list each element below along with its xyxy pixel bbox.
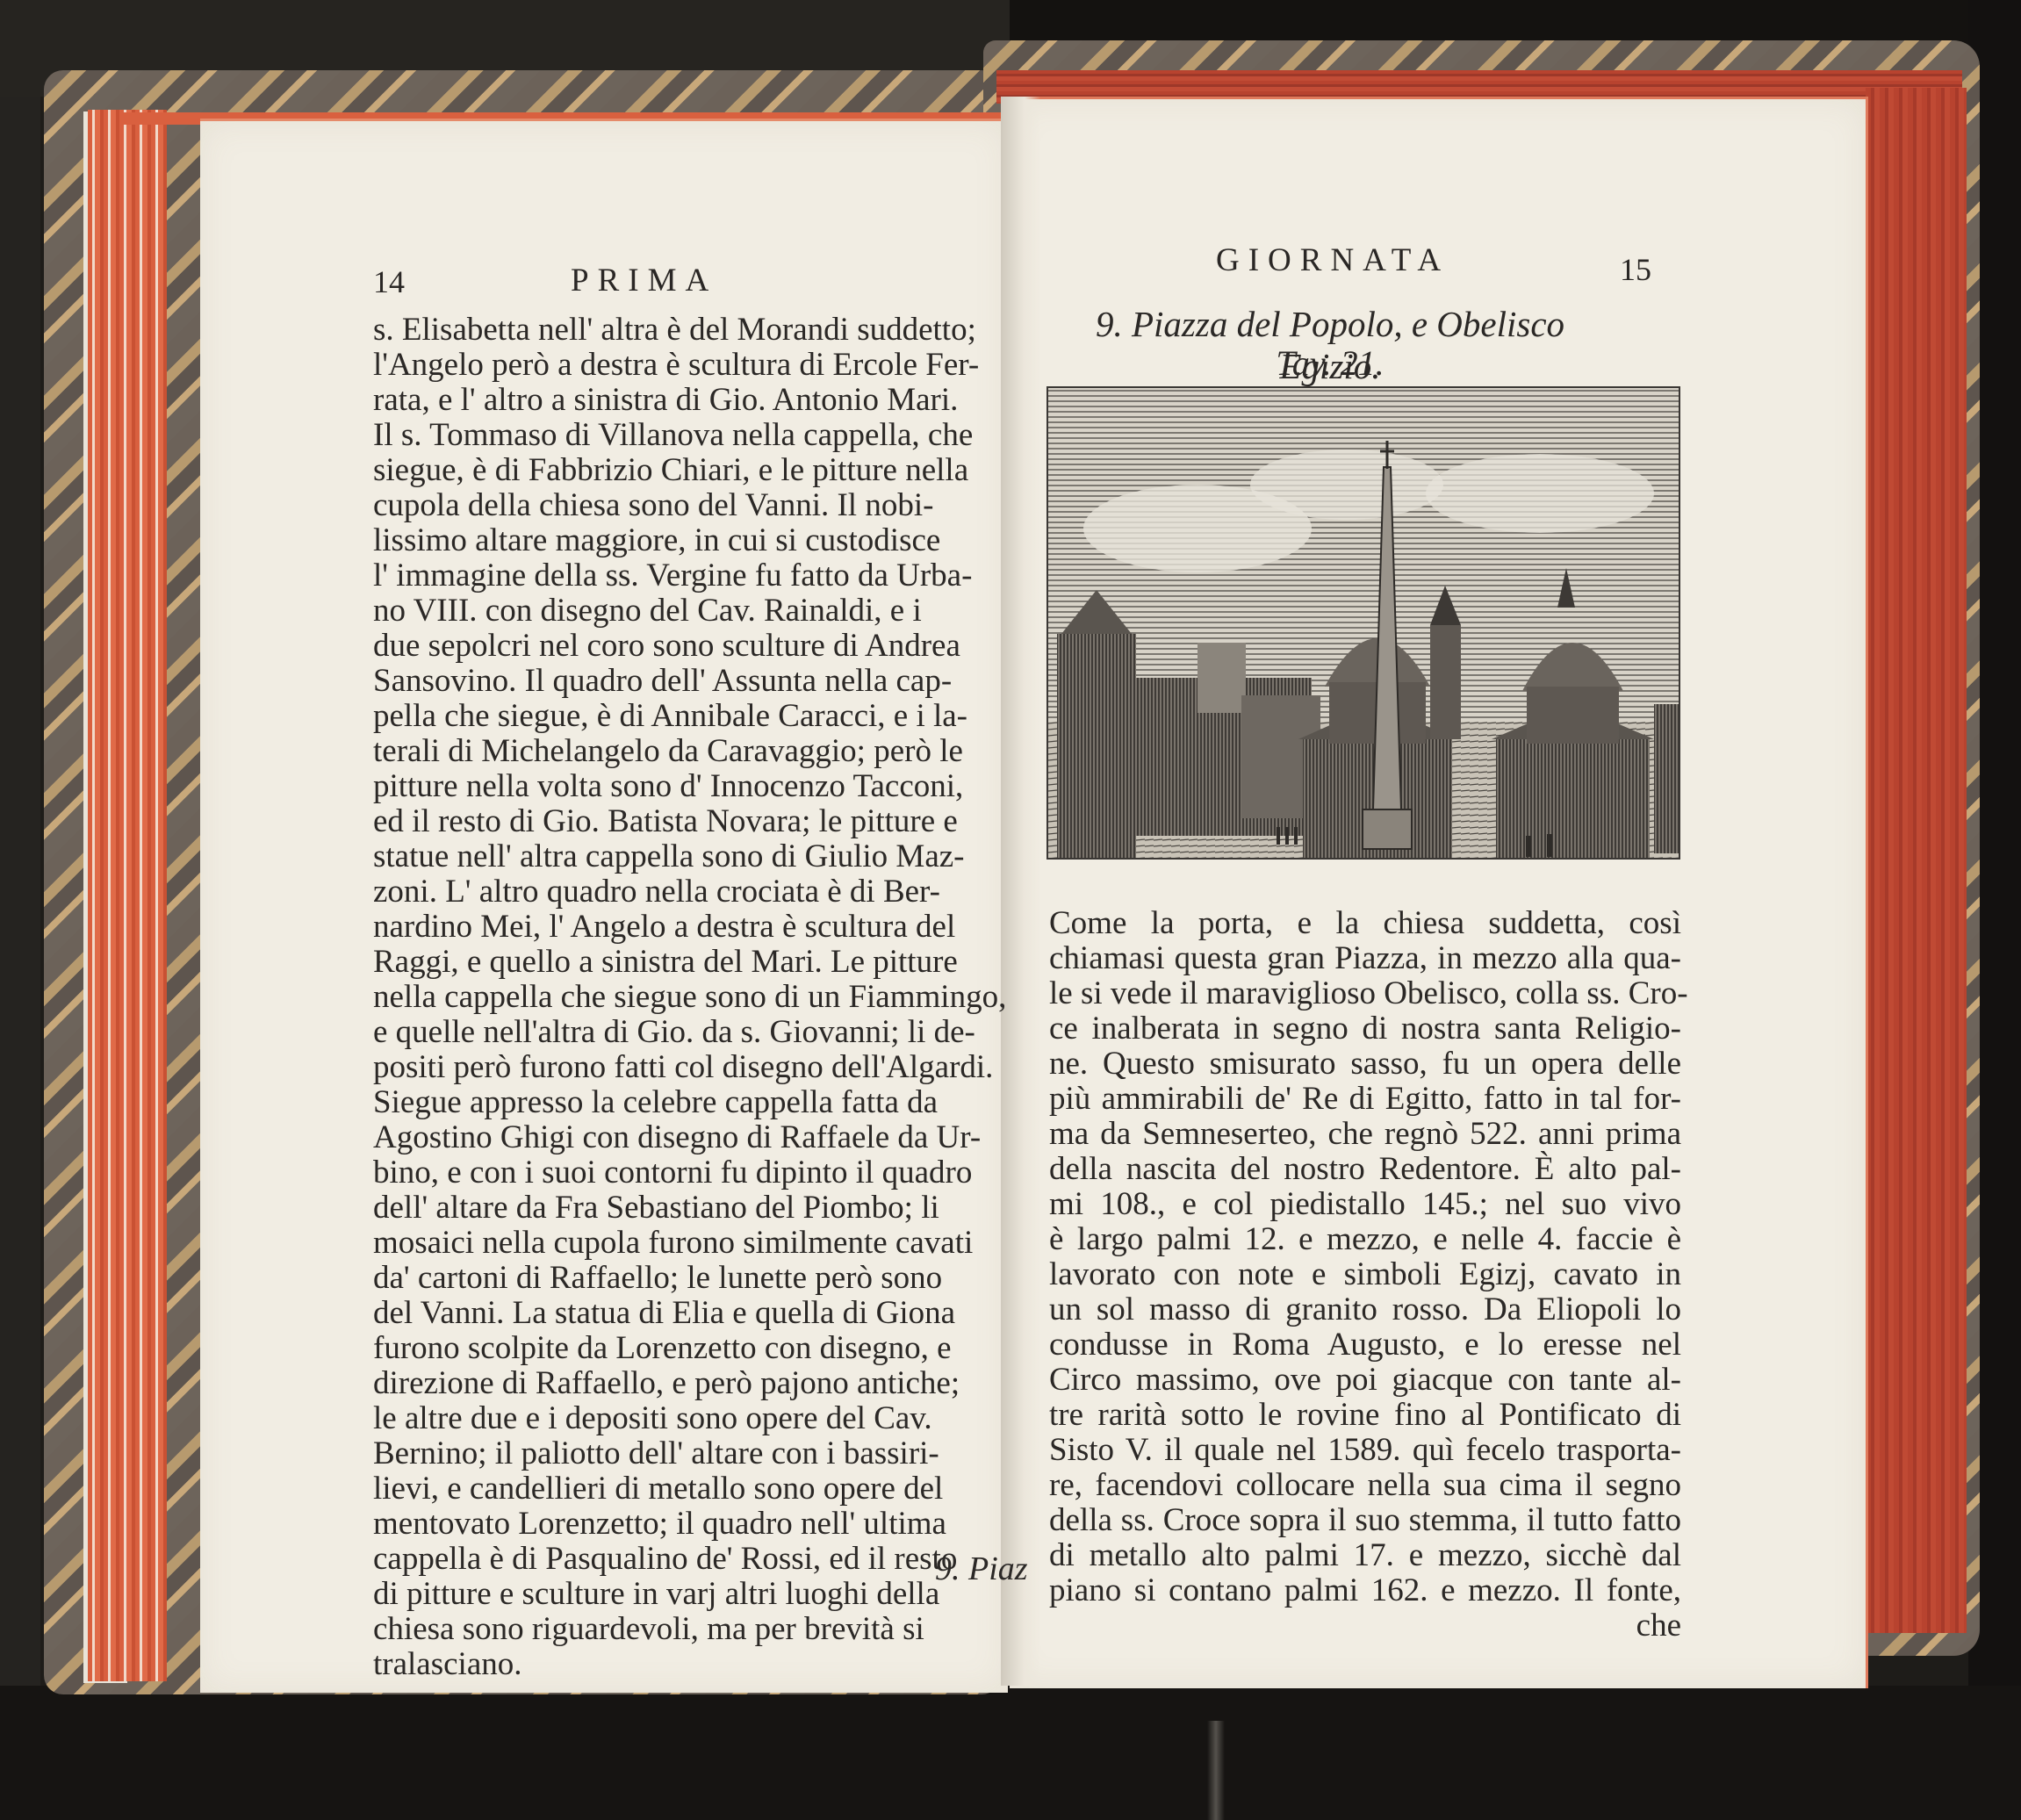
- text-line: della ss. Croce sopra il suo stemma, il …: [1049, 1503, 1681, 1538]
- text-line: mosaici nella cupola furono similmente c…: [373, 1226, 1023, 1261]
- text-line: l'Angelo però a destra è scultura di Erc…: [373, 348, 1023, 383]
- text-line: lissimo altare maggiore, in cui si custo…: [373, 523, 1023, 558]
- text-line: tralasciano.: [373, 1647, 1023, 1682]
- text-line: ma da Semneserteo, che regnò 522. anni p…: [1049, 1117, 1681, 1152]
- text-line: e quelle nell'altra di Gio. da s. Giovan…: [373, 1015, 1023, 1050]
- text-line: no VIII. con disegno del Cav. Rainaldi, …: [373, 593, 1023, 629]
- text-line: s. Elisabetta nell' altra è del Morandi …: [373, 313, 1023, 348]
- page-number-right: 15: [1620, 251, 1651, 288]
- text-line: cappella è di Pasqualino de' Rossi, ed i…: [373, 1542, 1023, 1577]
- catchword-left: 9. Piaz: [935, 1550, 1028, 1588]
- text-line: Il s. Tommaso di Villanova nella cappell…: [373, 418, 1023, 453]
- text-line: nardino Mei, l' Angelo a destra è scultu…: [373, 910, 1023, 945]
- fore-edge-right: [1866, 88, 1967, 1633]
- text-line: furono scolpite da Lorenzetto con disegn…: [373, 1331, 1023, 1366]
- text-line: Siegue appresso la celebre cappella fatt…: [373, 1085, 1023, 1120]
- text-line: re, facendovi collocare nella sua cima i…: [1049, 1468, 1681, 1503]
- text-line: chiesa sono riguardevoli, ma per brevità…: [373, 1612, 1023, 1647]
- text-line: pitture nella volta sono d' Innocenzo Ta…: [373, 769, 1023, 804]
- text-line: statue nell' altra cappella sono di Giul…: [373, 839, 1023, 874]
- engraving-illustration: [1046, 386, 1680, 860]
- text-line: chiamasi questa gran Piazza, in mezzo al…: [1049, 941, 1681, 976]
- running-head-left: PRIMA: [571, 262, 717, 299]
- page-edge-left: [88, 110, 167, 1681]
- text-line: Agostino Ghigi con disegno di Raffaele d…: [373, 1120, 1023, 1155]
- text-line: lavorato con note e simboli Egizj, cavat…: [1049, 1257, 1681, 1292]
- text-line: zoni. L' altro quadro nella crociata è d…: [373, 874, 1023, 910]
- text-line: è largo palmi 12. e mezzo, e nelle 4. fa…: [1049, 1222, 1681, 1257]
- text-line: Come la porta, e la chiesa suddetta, cos…: [1049, 906, 1681, 941]
- text-line: ed il resto di Gio. Batista Novara; le p…: [373, 804, 1023, 839]
- text-line: rata, e l' altro a sinistra di Gio. Anto…: [373, 383, 1023, 418]
- text-line: le si vede il maraviglioso Obelisco, col…: [1049, 976, 1681, 1011]
- text-line: Sansovino. Il quadro dell' Assunta nella…: [373, 664, 1023, 699]
- text-line: del Vanni. La statua di Elia e quella di…: [373, 1296, 1023, 1331]
- text-line: tre rarità sotto le rovine fino al Ponti…: [1049, 1398, 1681, 1433]
- piazza-del-popolo-engraving-icon: [1048, 388, 1679, 858]
- text-line: da' cartoni di Raffaello; le lunette per…: [373, 1261, 1023, 1296]
- text-line: terali di Michelangelo da Caravaggio; pe…: [373, 734, 1023, 769]
- background: [0, 1686, 2021, 1820]
- text-line: le altre due e i depositi sono opere del…: [373, 1401, 1023, 1436]
- text-line: mentovato Lorenzetto; il quadro nell' ul…: [373, 1507, 1023, 1542]
- text-line: ne. Questo smisurato sasso, fu un opera …: [1049, 1047, 1681, 1082]
- text-line: un sol masso di granito rosso. Da Eliopo…: [1049, 1292, 1681, 1327]
- text-line: positi però furono fatti col disegno del…: [373, 1050, 1023, 1085]
- text-line: Bernino; il paliotto dell' altare con i …: [373, 1436, 1023, 1471]
- text-line: due sepolcri nel coro sono sculture di A…: [373, 629, 1023, 664]
- running-head-right: GIORNATA: [1216, 241, 1449, 279]
- text-line: dell' altare da Fra Sebastiano del Piomb…: [373, 1191, 1023, 1226]
- text-line: ce inalberata in segno di nostra santa R…: [1049, 1011, 1681, 1047]
- plate-reference: Tav. 21.: [1049, 342, 1611, 384]
- text-line: cupola della chiesa sono del Vanni. Il n…: [373, 488, 1023, 523]
- catchword-right: che: [1049, 1608, 1681, 1644]
- text-line: l' immagine della ss. Vergine fu fatto d…: [373, 558, 1023, 593]
- left-page-body: s. Elisabetta nell' altra è del Morandi …: [373, 313, 1023, 1682]
- text-line: di metallo alto palmi 17. e mezzo, sicch…: [1049, 1538, 1681, 1573]
- text-line: mi 108., e col piedistallo 145.; nel suo…: [1049, 1187, 1681, 1222]
- text-line: condusse in Roma Augusto, e lo eresse ne…: [1049, 1327, 1681, 1363]
- text-line: della nascita del nostro Redentore. È al…: [1049, 1152, 1681, 1187]
- light-reflection: [1207, 1721, 1225, 1820]
- right-page-body: Come la porta, e la chiesa suddetta, cos…: [1049, 906, 1681, 1644]
- text-line: bino, e con i suoi contorni fu dipinto i…: [373, 1155, 1023, 1191]
- text-line: siegue, è di Fabbrizio Chiari, e le pitt…: [373, 453, 1023, 488]
- text-line: piano si contano palmi 162. e mezzo. Il …: [1049, 1573, 1681, 1608]
- text-line: Raggi, e quello a sinistra del Mari. Le …: [373, 945, 1023, 980]
- text-line: lievi, e candellieri di metallo sono ope…: [373, 1471, 1023, 1507]
- text-line: Circo massimo, ove poi giacque con tante…: [1049, 1363, 1681, 1398]
- text-line: di pitture e sculture in varj altri luog…: [373, 1577, 1023, 1612]
- background: [0, 0, 40, 1820]
- text-line: nella cappella che siegue sono di un Fia…: [373, 980, 1023, 1015]
- text-line: pella che siegue, è di Annibale Caracci,…: [373, 699, 1023, 734]
- text-line: Sisto V. il quale nel 1589. quì fecelo t…: [1049, 1433, 1681, 1468]
- page-number-left: 14: [373, 263, 405, 300]
- text-line: più ammirabili de' Re di Egitto, fatto i…: [1049, 1082, 1681, 1117]
- text-line: direzione di Raffaello, e però pajono an…: [373, 1366, 1023, 1401]
